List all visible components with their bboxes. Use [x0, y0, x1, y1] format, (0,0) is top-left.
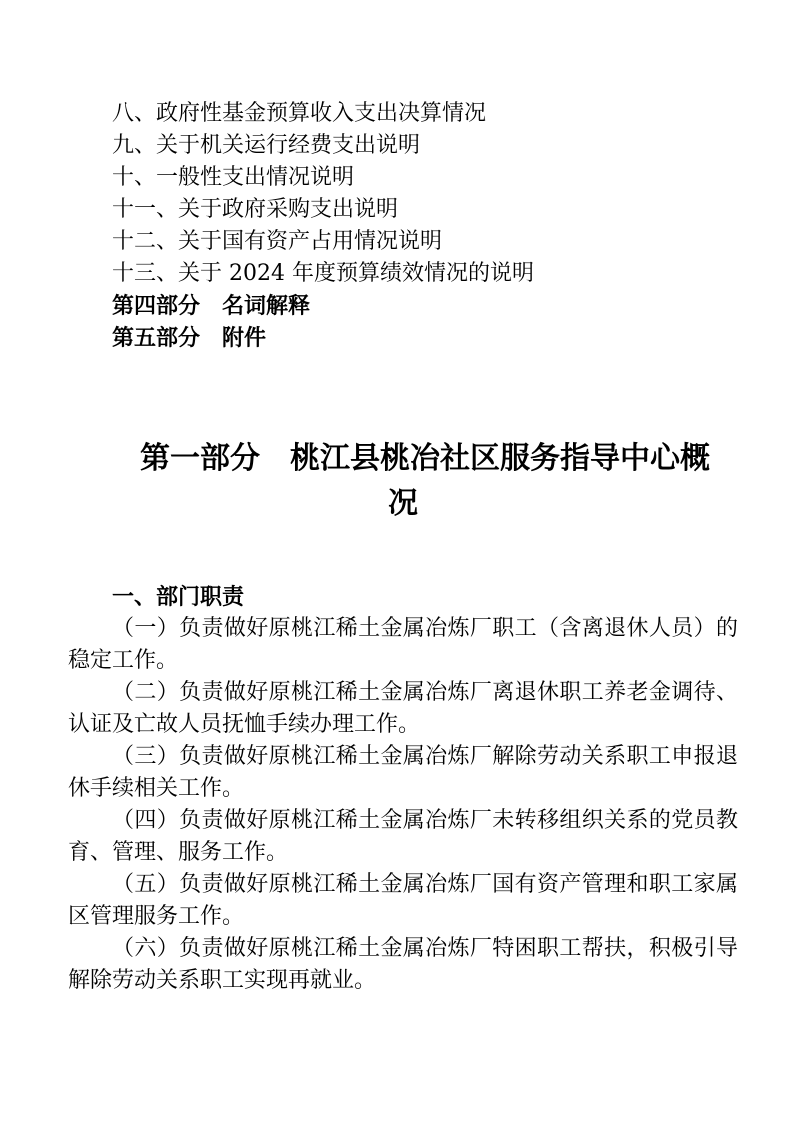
document-page: 八、政府性基金预算收入支出决算情况 九、关于机关运行经费支出说明 十、一般性支出…	[0, 0, 793, 1122]
toc-item-part4: 第四部分 名词解释	[68, 290, 738, 322]
paragraph: （五）负责做好原桃江稀土金属冶炼厂国有资产管理和职工家属区管理服务工作。	[68, 869, 738, 933]
part1-heading-line1: 第一部分 桃江县桃冶社区服务指导中心概	[68, 436, 738, 481]
page-content: 八、政府性基金预算收入支出决算情况 九、关于机关运行经费支出说明 十、一般性支出…	[0, 0, 793, 997]
part1-heading-line2: 况	[68, 481, 738, 526]
paragraph: （四）负责做好原桃江稀土金属冶炼厂未转移组织关系的党员教育、管理、服务工作。	[68, 805, 738, 869]
paragraph: （一）负责做好原桃江稀土金属冶炼厂职工（含离退休人员）的稳定工作。	[68, 613, 738, 677]
section-title-duties: 一、部门职责	[68, 581, 738, 613]
toc-list: 八、政府性基金预算收入支出决算情况 九、关于机关运行经费支出说明 十、一般性支出…	[68, 98, 738, 354]
paragraph: （三）负责做好原桃江稀土金属冶炼厂解除劳动关系职工申报退休手续相关工作。	[68, 741, 738, 805]
part1-heading: 第一部分 桃江县桃冶社区服务指导中心概 况	[68, 436, 738, 526]
toc-item: 十一、关于政府采购支出说明	[68, 194, 738, 226]
duties-paragraphs: （一）负责做好原桃江稀土金属冶炼厂职工（含离退休人员）的稳定工作。 （二）负责做…	[68, 613, 738, 997]
paragraph: （二）负责做好原桃江稀土金属冶炼厂离退休职工养老金调待、认证及亡故人员抚恤手续办…	[68, 677, 738, 741]
toc-item: 十三、关于 2024 年度预算绩效情况的说明	[68, 258, 738, 290]
toc-item-part5: 第五部分 附件	[68, 322, 738, 354]
toc-item: 十、一般性支出情况说明	[68, 162, 738, 194]
toc-item: 十二、关于国有资产占用情况说明	[68, 226, 738, 258]
toc-item: 八、政府性基金预算收入支出决算情况	[68, 98, 738, 130]
paragraph: （六）负责做好原桃江稀土金属冶炼厂特困职工帮扶，积极引导解除劳动关系职工实现再就…	[68, 933, 738, 997]
toc-item: 九、关于机关运行经费支出说明	[68, 130, 738, 162]
